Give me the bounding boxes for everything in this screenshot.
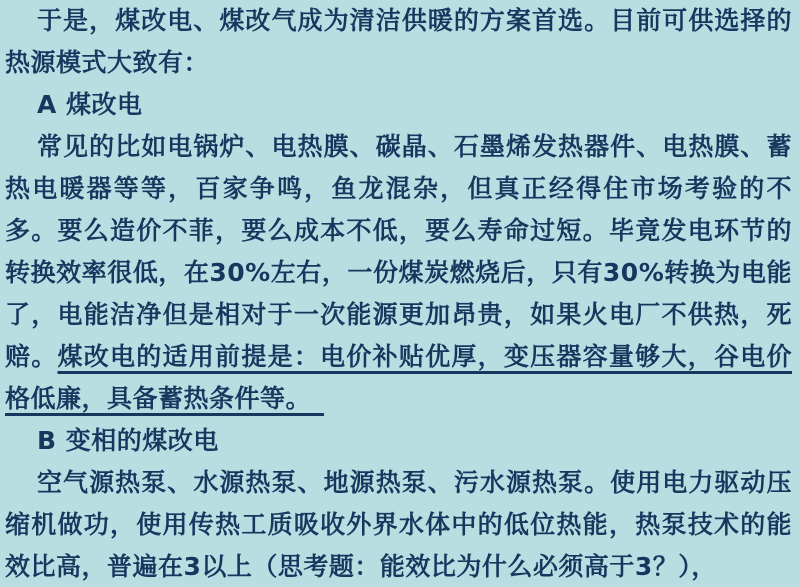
paragraph-coal-to-electricity-text: 常见的比如电锅炉、电热膜、碳晶、石墨烯发热器件、电热膜、蓄热电暖器等等，百家争鸣… xyxy=(5,132,792,371)
paragraph-heading-a: A 煤改电 xyxy=(5,84,792,126)
paragraph-heat-pump: 空气源热泵、水源热泵、地源热泵、污水源热泵。使用电力驱动压缩机做功，使用传热工质… xyxy=(5,462,792,587)
paragraph-heading-b: B 变相的煤改电 xyxy=(5,420,792,462)
paragraph-intro: 于是，煤改电、煤改气成为清洁供暖的方案首选。目前可供选择的热源模式大致有： xyxy=(5,0,792,84)
underlined-precondition-text: 煤改电的适用前提是：电价补贴优厚，变压器容量够大，谷电价格低廉，具备蓄热条件等。 xyxy=(5,342,792,413)
document-page: 于是，煤改电、煤改气成为清洁供暖的方案首选。目前可供选择的热源模式大致有： A … xyxy=(0,0,800,587)
paragraph-coal-to-electricity: 常见的比如电锅炉、电热膜、碳晶、石墨烯发热器件、电热膜、蓄热电暖器等等，百家争鸣… xyxy=(5,126,792,420)
